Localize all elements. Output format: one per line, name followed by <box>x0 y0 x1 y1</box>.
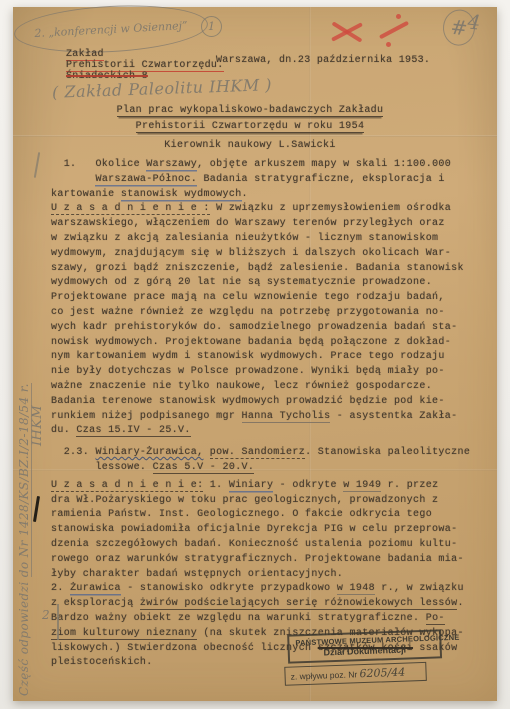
document-line: 2. Żurawica - stanowisko odkryte przypad… <box>51 582 475 597</box>
title-line2: Prehistorii Czwartorzędu w roku 1954 <box>136 121 365 133</box>
document-line: ważne znaczenie nie tylko naukowe, lecz … <box>51 380 475 395</box>
text-segment: Żurawica <box>70 583 121 594</box>
text-segment: , objęte arkuszem mapy w skali 1:100.000 <box>197 159 451 170</box>
text-segment: ziom kulturowy nieznany <box>51 628 197 640</box>
margin-number-mark: 2. <box>42 608 53 622</box>
text-segment: wych kadr prehistoryków do. samodzielneg… <box>51 322 457 333</box>
text-segment: kartowanie <box>51 189 121 200</box>
document-line: nowisk wydmowych. Projektowane badania b… <box>51 336 475 351</box>
text-segment: Bardzo ważny obiekt ze względu na warunk… <box>51 613 426 624</box>
text-segment: 1. Okolice <box>51 159 146 170</box>
document-line: runkiem niżej podpisanego mgr Hanna Tych… <box>51 410 475 425</box>
text-segment: nowisk wydmowych. Projektowane badania b… <box>51 337 451 348</box>
text-segment: 2.3. <box>51 447 95 458</box>
corner-number-text: 4 <box>466 10 481 35</box>
text-segment: - odkryte <box>273 480 343 491</box>
text-segment: pow. Sandomierz <box>210 447 305 459</box>
red-percent-dot <box>396 14 401 19</box>
document-line: 1. Okolice Warszawy, objęte arkuszem map… <box>51 158 475 173</box>
text-segment: W związku z uprzemysłowieniem ośrodka <box>210 203 451 214</box>
red-percent-slash <box>379 21 409 40</box>
text-segment <box>203 447 209 458</box>
text-segment: runkiem niżej podpisanego mgr <box>51 411 242 422</box>
document-line: dzenia szczegółowych badań. Konieczność … <box>51 538 475 553</box>
text-segment: dra Wł.Pożaryskiego w toku prac geologic… <box>51 495 438 506</box>
document-line: du. Czas 15.IV - 25.V. <box>51 424 475 439</box>
text-segment: . Stanowiska paleolityczne <box>305 447 470 458</box>
title-line1: Plan prac wykopaliskowo-badawczych Zakła… <box>117 105 384 117</box>
text-segment: Czas 15.IV - 25.V. <box>76 425 190 437</box>
document-line: warszawskiego, włączeniem do Warszawy te… <box>51 217 475 232</box>
document-line: U z a s a d n i e n i e : W związku z up… <box>51 202 475 217</box>
text-segment: Po- <box>426 613 445 625</box>
text-segment: z eksploracją <box>51 598 140 609</box>
text-segment: Badania terenowe stanowisk wydmowych pro… <box>51 396 445 407</box>
text-segment: wydmowym, znajdującym się w bliższych i … <box>51 248 451 259</box>
text-segment: liskowych.) Stwierdzona obecność licznyc… <box>51 643 318 654</box>
text-segment: dzenia szczegółowych badań. Konieczność … <box>51 539 457 550</box>
text-segment: du. <box>51 425 76 436</box>
text-segment: ramienia Państw. Inst. Geologicznego. O … <box>51 509 432 520</box>
document-line: z eksploracją żwirów podścielających ser… <box>51 597 475 612</box>
stamp-registry-label: z. wpływu poz. Nr <box>290 669 357 681</box>
text-segment: - asystentka Zakła- <box>330 411 457 422</box>
text-segment: Badania stratygraficzne, eksploracja i <box>197 174 445 185</box>
text-segment: co jest ważne również ze względu na potr… <box>51 307 445 318</box>
circled-number-text: 1 <box>208 20 215 33</box>
text-segment: - stanowisko odkryte przypadkowo <box>121 583 337 594</box>
document-line: U z a s a d n i e n i e: 1. Winiary - od… <box>51 479 475 494</box>
text-segment: w związku z akcją zalesiania nieużytków … <box>51 233 438 244</box>
text-segment: w 1949 <box>343 480 381 492</box>
text-segment: stanowisk wydmowych <box>121 189 242 200</box>
text-segment: Warszawa-Północ. <box>95 174 197 185</box>
document-line: Projektowane prace mają na celu wznowien… <box>51 291 475 306</box>
document-line: Warszawa-Północ. Badania stratygraficzne… <box>51 173 475 188</box>
text-segment: warszawskiego, włączeniem do Warszawy te… <box>51 218 445 229</box>
text-segment: 2. <box>51 583 70 594</box>
document-line: wydmowym, znajdującym się w bliższych i … <box>51 247 475 262</box>
stamp-registry-number: 6205/44 <box>359 666 405 681</box>
text-segment: szawy, grozi bądź zniszczenie, bądź zale… <box>51 263 464 274</box>
stamp-outer-box: PAŃSTWOWE MUZEUM ARCHEOLOGICZNE Dział Do… <box>287 629 442 663</box>
text-segment: Winiary <box>229 480 273 491</box>
document-line: ramienia Państw. Inst. Geologicznego. O … <box>51 508 475 523</box>
document-line: Badania terenowe stanowisk wydmowych pro… <box>51 395 475 410</box>
text-segment: w 1948 <box>337 583 375 595</box>
document-line: szawy, grozi bądź zniszczenie, bądź zale… <box>51 262 475 277</box>
museum-stamp: PAŃSTWOWE MUZEUM ARCHEOLOGICZNE Dział Do… <box>287 629 443 685</box>
text-segment: . <box>457 598 463 609</box>
text-segment: lessowe. <box>51 462 153 473</box>
margin-bracket-line <box>57 604 59 640</box>
text-segment: Hanna Tycholis <box>242 411 331 423</box>
corner-hash-text: # <box>449 15 468 41</box>
document-line: wydmowych od z górą 20 lat nie są system… <box>51 276 475 291</box>
text-segment: Projektowane prace mają na celu wznowien… <box>51 292 445 303</box>
text-segment: stanowiska powiadomiła oficjalnie Dyrekc… <box>51 524 457 535</box>
document-line: nie były dotychczas w Polsce prowadzone.… <box>51 365 475 380</box>
corner-numbering-mark: # 4 <box>441 6 485 50</box>
margin-note-ihkm: IHKM <box>31 266 45 446</box>
document-line: nym kartowaniem wydm i stanowisk wydmowy… <box>51 350 475 365</box>
text-segment: r., w związku <box>375 583 464 594</box>
text-segment: . <box>242 189 248 200</box>
text-segment: rowego oraz warunków stratygraficznych. … <box>51 554 464 565</box>
red-percent-dot <box>386 42 391 47</box>
document-title-block: Plan prac wykopaliskowo-badawczych Zakła… <box>40 103 460 154</box>
text-segment: ważne znaczenie nie tylko naukowe, lecz … <box>51 381 432 392</box>
text-segment: łyby charakter badań wstępnych orientacy… <box>51 569 343 580</box>
text-segment: r. przez <box>381 480 438 491</box>
document-line: Bardzo ważny obiekt ze względu na warunk… <box>51 612 475 627</box>
document-line: kartowanie stanowisk wydmowych. <box>51 188 475 203</box>
text-segment: żwirów podścielających serię różnowiekow… <box>140 598 458 610</box>
text-segment: U z a s a d n i e n i e : <box>51 203 210 215</box>
text-segment: Warszawy <box>146 159 197 170</box>
text-segment: nym kartowaniem wydm i stanowisk wydmowy… <box>51 351 445 362</box>
document-line: w związku z akcją zalesiania nieużytków … <box>51 232 475 247</box>
text-segment: Winiary-Żurawica, <box>95 447 203 458</box>
document-line: 2.3. Winiary-Żurawica, pow. Sandomierz. … <box>51 446 475 461</box>
text-segment: Czas 5.V - 20.V. <box>153 462 255 474</box>
text-segment: nie były dotychczas w Polsce prowadzone.… <box>51 366 445 377</box>
red-x-and-percent-icon <box>322 12 412 52</box>
text-segment: wydmowych od z górą 20 lat nie są system… <box>51 277 432 288</box>
margin-note-part1: Część odpowiedzi <box>17 577 31 696</box>
document-line: stanowiska powiadomiła oficjalnie Dyrekc… <box>51 523 475 538</box>
top-note-text: 2. „konferencji w Osiennej” <box>34 18 188 39</box>
title-subtitle: Kierownik naukowy L.Sawicki <box>40 138 460 154</box>
rotated-margin-note: Część odpowiedzi do Nr 1428/KS/BZ.I/2-18… <box>17 266 45 696</box>
document-line: łyby charakter badań wstępnych orientacy… <box>51 568 475 583</box>
document-line: lessowe. Czas 5.V - 20.V. <box>51 461 475 476</box>
document-line: rowego oraz warunków stratygraficznych. … <box>51 553 475 568</box>
date-line: Warszawa, dn.23 października 1953. <box>216 55 430 66</box>
document-line: co jest ważne również ze względu na potr… <box>51 306 475 321</box>
document-body: 1. Okolice Warszawy, objęte arkuszem map… <box>51 158 475 671</box>
text-segment: 1. <box>203 480 228 491</box>
text-segment: pleistoceńskich. <box>51 657 153 668</box>
document-line: dra Wł.Pożaryskiego w toku prac geologic… <box>51 494 475 509</box>
text-segment <box>51 174 95 185</box>
text-segment: U z a s a d n i e n i e: <box>51 480 203 492</box>
document-line: wych kadr prehistoryków do. samodzielneg… <box>51 321 475 336</box>
circled-page-number: 1 <box>201 16 222 37</box>
